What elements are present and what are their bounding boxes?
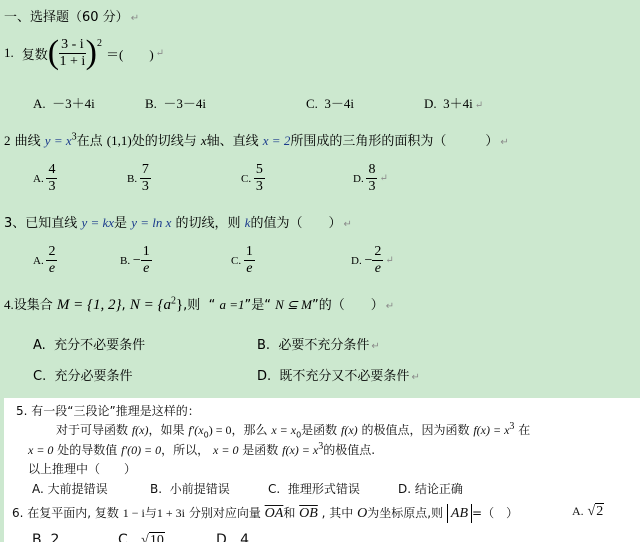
stem-text: 所围成的三角形的面积为（ ） <box>290 134 498 149</box>
right-paren: ) <box>86 36 97 70</box>
fraction: 83 <box>366 163 377 194</box>
section-title: 一、选择题（60 分）↵ <box>4 6 139 25</box>
question-number: 1. <box>4 45 14 61</box>
stem-text: 有一段“三段论”推理是这样的： <box>31 404 199 418</box>
math-expr: x = 2 <box>263 133 291 148</box>
stem-text: ，所以， <box>161 443 209 457</box>
question-2: 2 曲线 y = x3在点 (1,1)处的切线与 x轴、直线 x = 2所围成的… <box>4 130 509 149</box>
stem-text: 和 <box>283 506 295 520</box>
stem-text: ，如果 <box>149 423 185 437</box>
q2-option-a: A. 43 <box>33 163 57 194</box>
math-expr: y = x <box>45 133 72 148</box>
stem-text: 轴、直线 <box>207 134 259 149</box>
question-4: 4.设集合 M = {1, 2}, N = {a2},则 “ a =1”是“ N… <box>4 294 394 314</box>
question-stem: 复数 <box>22 44 48 63</box>
vector-ob: OB <box>299 506 318 521</box>
denominator: 1 + i <box>59 54 85 69</box>
math-expr: f(x) = x <box>282 443 318 457</box>
option-text: 3－4i <box>324 96 354 111</box>
paragraph-mark-icon: ↵ <box>411 372 419 383</box>
sqrt-expr: √2 <box>588 503 605 519</box>
numerator: 1 <box>244 245 255 261</box>
quote: “ <box>209 298 216 313</box>
q4-option-c: C. 充分必要条件 <box>33 365 133 384</box>
option-label: A. <box>33 338 46 353</box>
option-text: 2 <box>51 532 60 542</box>
option-text: 结论正确 <box>415 482 463 496</box>
stem-text: 是 <box>114 216 127 231</box>
answer-blank: =（ ） <box>472 506 518 520</box>
stem-text: 曲线 <box>15 134 41 149</box>
exponent: 2 <box>97 38 102 49</box>
question-number: 2 <box>4 133 11 148</box>
option-label: A. <box>33 173 44 185</box>
question-5-line3: x = 0 处的导数值 f′(0) = 0，所以， x = 0 是函数 f(x)… <box>28 441 375 458</box>
sqrt-expr: √10 <box>141 532 165 542</box>
numerator: 3 - i <box>59 38 86 54</box>
option-label: D. <box>257 369 271 384</box>
question-1: 1. 复数 ( 3 - i 1 + i ) 2 ＝( )↵ <box>4 36 164 70</box>
math-expr: f′(0) = 0 <box>121 443 161 457</box>
math-expr: f(x) = x <box>473 423 509 437</box>
q6-option-a: A. √2 <box>572 504 604 520</box>
math-expr: N ⊆ M <box>275 297 312 312</box>
numerator: 1 <box>141 245 152 261</box>
fraction: 2e <box>372 245 383 276</box>
stem-text: , 其中 <box>322 506 354 520</box>
denominator: e <box>375 261 381 276</box>
option-text: 既不充分又不必要条件 <box>279 369 409 384</box>
q4-option-d: D. 既不充分又不必要条件↵ <box>257 365 420 384</box>
stem-text: 的极值点，因为函数 <box>362 423 470 437</box>
stem-text: 以上推理中（ ） <box>28 462 136 476</box>
question-5-line2: 对于可导函数 f(x)，如果 f′(x0) = 0，那么 x = x0是函数 f… <box>56 421 530 439</box>
section-title-text: 一、选择题（60 分） <box>4 10 129 25</box>
q6-option-b: B. 2 <box>32 532 59 542</box>
paragraph-mark-icon: ↵ <box>343 219 351 230</box>
option-label: A. <box>32 482 44 496</box>
math-expr: ) = 0 <box>209 423 232 437</box>
sign: − <box>364 253 372 269</box>
paragraph-mark-icon: ↵ <box>500 137 508 148</box>
q4-option-b: B. 必要不充分条件↵ <box>257 334 380 353</box>
option-label: C. <box>306 96 318 111</box>
stem-text: 处的导数值 <box>57 443 117 457</box>
numerator: 7 <box>140 163 151 179</box>
q2-option-b: B. 73 <box>127 163 151 194</box>
paragraph-mark-icon: ↵ <box>379 173 387 184</box>
question-5-line1: 5. 有一段“三段论”推理是这样的： <box>16 402 200 419</box>
q5-option-b: B. 小前提错误 <box>150 480 230 497</box>
paragraph-mark-icon: ↵ <box>156 48 164 59</box>
option-label: C. <box>33 369 46 384</box>
stem-text: 是函数 <box>301 423 337 437</box>
stem-text: 已知直线 <box>25 216 77 231</box>
paragraph-mark-icon: ↵ <box>475 100 483 111</box>
q2-option-d: D. 83↵ <box>353 163 388 194</box>
math-expr: f′(x <box>188 423 203 437</box>
denominator: 3 <box>256 179 263 194</box>
math-expr: 1 − i <box>123 506 145 520</box>
math-expr: 1 + 3i <box>157 506 185 520</box>
math-expr: y = kx <box>81 215 114 230</box>
numerator: 2 <box>372 245 383 261</box>
option-label: A. <box>572 504 584 518</box>
numerator: 4 <box>46 163 57 179</box>
stem-text: 的切线，则 <box>176 216 241 231</box>
q3-option-b: B. − 1e <box>120 245 152 276</box>
q5-option-d: D. 结论正确 <box>398 480 463 497</box>
option-label: D. <box>216 532 231 542</box>
question-number: 3、 <box>4 216 25 231</box>
math-expr: f(x) <box>132 423 149 437</box>
question-number: 4. <box>4 297 14 312</box>
option-label: A. <box>33 96 46 111</box>
option-label: C. <box>268 482 280 496</box>
fraction: 53 <box>254 163 265 194</box>
option-text: 小前提错误 <box>170 482 230 496</box>
radicand: 10 <box>149 532 165 542</box>
fraction: 2e <box>46 245 57 276</box>
option-label: B. <box>145 96 157 111</box>
q1-option-c: C. 3－4i <box>306 93 354 112</box>
stem-text: ”的（ ） <box>312 298 384 313</box>
stem-text: 设集合 <box>14 298 53 313</box>
embedded-image-panel: 5. 有一段“三段论”推理是这样的： 对于可导函数 f(x)，如果 f′(x0)… <box>4 398 640 542</box>
numerator: 5 <box>254 163 265 179</box>
option-label: D. <box>353 173 364 185</box>
math-expr: a =1 <box>219 297 244 312</box>
stem-text: 与 <box>145 506 157 520</box>
stem-text: 处的切线与 <box>132 134 197 149</box>
question-5-line4: 以上推理中（ ） <box>28 460 136 477</box>
paragraph-mark-icon: ↵ <box>131 13 139 24</box>
exponent: 3 <box>509 421 514 432</box>
option-label: C. <box>241 173 251 185</box>
sign: − <box>133 253 141 269</box>
option-text: －3－4i <box>163 96 206 111</box>
option-label: C. <box>118 532 132 542</box>
stem-text: ，那么 <box>231 423 267 437</box>
math-expr: M = {1, 2} <box>57 297 122 313</box>
q6-option-d: D. 4 <box>216 532 249 542</box>
math-expr: N = {a <box>130 297 171 313</box>
left-paren: ( <box>48 36 59 70</box>
q1-option-b: B. －3－4i <box>145 93 206 112</box>
q1-option-a: A. －3＋4i <box>33 93 95 112</box>
q5-option-a: A. 大前提错误 <box>32 480 108 497</box>
option-label: C. <box>231 255 241 267</box>
option-label: B. <box>257 338 270 353</box>
paragraph-mark-icon: ↵ <box>371 341 379 352</box>
stem-text: 在复平面内, 复数 <box>27 506 119 520</box>
option-text: 充分必要条件 <box>54 369 132 384</box>
radicand: 2 <box>595 503 604 519</box>
stem-text: ,则 <box>183 298 200 313</box>
math-var: O <box>357 506 367 521</box>
fraction: 1e <box>244 245 255 276</box>
math-expr: f(x) <box>341 423 358 437</box>
stem-text: 对于可导函数 <box>56 423 128 437</box>
math-expr: x = x <box>271 423 296 437</box>
fraction: 43 <box>46 163 57 194</box>
math-expr: y = ln x <box>131 215 171 230</box>
fraction: 1e <box>141 245 152 276</box>
stem-text: ”是“ <box>244 298 270 313</box>
math-expr: (1,1) <box>107 133 132 148</box>
denominator: e <box>246 261 252 276</box>
denominator: 3 <box>48 179 55 194</box>
question-6: 6. 在复平面内, 复数 1 − i与1 + 3i 分别对应向量 OA和 OB … <box>12 504 518 522</box>
option-label: D. <box>398 482 411 496</box>
stem-text: , <box>122 298 126 313</box>
stem-text: 在点 <box>77 134 103 149</box>
stem-text: 是函数 <box>242 443 278 457</box>
option-text: 3＋4i <box>443 96 473 111</box>
denominator: 3 <box>368 179 375 194</box>
q3-option-c: C. 1e <box>231 245 255 276</box>
numerator: 8 <box>366 163 377 179</box>
denominator: e <box>143 261 149 276</box>
option-text: 推理形式错误 <box>288 482 360 496</box>
paragraph-mark-icon: ↵ <box>386 301 394 312</box>
option-label: B. <box>32 532 46 542</box>
option-text: 充分不必要条件 <box>54 338 145 353</box>
q3-option-d: D. − 2e↵ <box>351 245 394 276</box>
stem-text: 的极值点. <box>323 443 375 457</box>
stem-text: 分别对应向量 <box>189 506 261 520</box>
stem-text: 在 <box>518 423 530 437</box>
q2-option-c: C. 53 <box>241 163 265 194</box>
fraction: 73 <box>140 163 151 194</box>
vector-ab-magnitude: AB <box>447 504 472 523</box>
option-label: B. <box>127 173 137 185</box>
q3-option-a: A. 2e <box>33 245 57 276</box>
option-text: 4 <box>240 532 249 542</box>
math-expr: x = 0 <box>213 443 238 457</box>
q6-option-c: C. √10 <box>118 532 165 542</box>
option-label: D. <box>424 96 437 111</box>
option-label: A. <box>33 255 44 267</box>
vector-oa: OA <box>265 506 284 521</box>
question-number: 6. <box>12 506 23 520</box>
question-number: 5. <box>16 404 27 418</box>
paragraph-mark-icon: ↵ <box>385 255 393 266</box>
option-text: 必要不充分条件 <box>278 338 369 353</box>
denominator: 3 <box>142 179 149 194</box>
q4-option-a: A. 充分不必要条件 <box>33 334 145 353</box>
answer-blank: ＝( ) <box>106 44 154 63</box>
numerator: 2 <box>46 245 57 261</box>
denominator: e <box>49 261 55 276</box>
stem-text: 的值为（ ） <box>250 216 341 231</box>
question-3: 3、已知直线 y = kx是 y = ln x 的切线，则 k的值为（ ）↵ <box>4 212 352 231</box>
fraction: 3 - i 1 + i <box>59 38 86 69</box>
option-label: B. <box>120 255 130 267</box>
option-text: －3＋4i <box>52 96 95 111</box>
math-expr: x = 0 <box>28 443 53 457</box>
q1-option-d: D. 3＋4i↵ <box>424 93 483 112</box>
option-label: D. <box>351 255 362 267</box>
option-text: 大前提错误 <box>48 482 108 496</box>
q5-option-c: C. 推理形式错误 <box>268 480 360 497</box>
stem-text: 为坐标原点,则 <box>367 506 443 520</box>
option-label: B. <box>150 482 162 496</box>
